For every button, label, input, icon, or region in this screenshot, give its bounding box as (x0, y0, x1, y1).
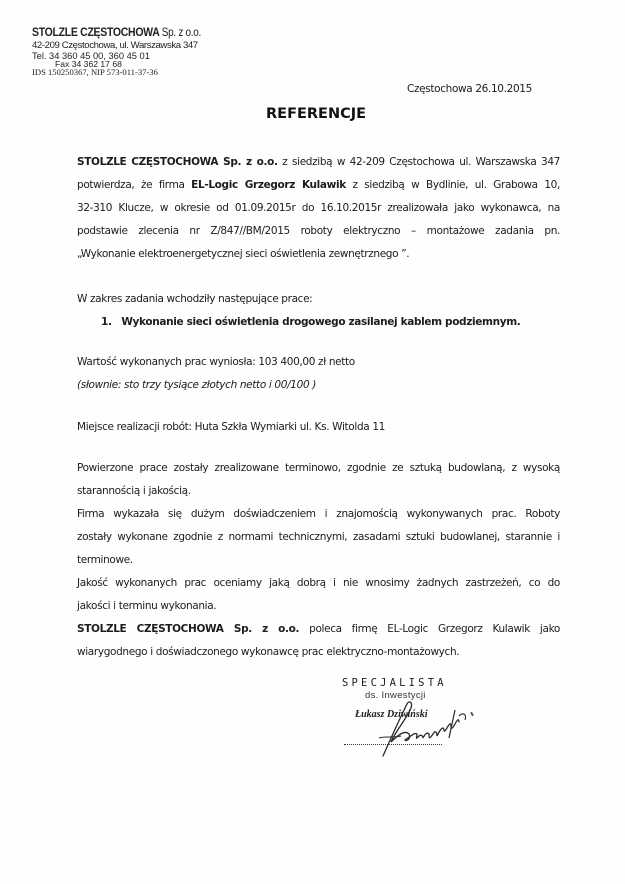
intro-line-1: STOLZLE CZĘSTOCHOWA Sp. z o.o. z siedzib… (77, 156, 560, 168)
intro-line-2: potwierdza, że firma EL-Logic Grzegorz K… (77, 179, 560, 191)
assessment-line-4: zostały wykonane zgodnie z normami techn… (77, 531, 560, 543)
contract-value: Wartość wykonanych prac wyniosła: 103 40… (77, 356, 560, 368)
company-letterhead-stamp: STOLZLE CZĘSTOCHOWA Sp. z o.o. 42-209 Cz… (32, 27, 182, 77)
handwritten-signature-icon (365, 698, 475, 763)
recommendation-text: poleca firmę EL-Logic Grzegorz Kulawik j… (299, 623, 560, 635)
list-item-number: 1. (101, 316, 118, 328)
recommending-company: STOLZLE CZĘSTOCHOWA Sp. z o.o. (77, 623, 299, 635)
letterhead-legal-form: Sp. z o.o. (162, 27, 201, 40)
letterhead-ids-nip: IDS 150250367, NIP 573-011-37-36 (32, 68, 182, 77)
letterhead-company-name: STOLZLE CZĘSTOCHOWA Sp. z o.o. (32, 27, 182, 40)
intro-line-1-text: z siedzibą w 42-209 Częstochowa ul. Wars… (278, 156, 560, 168)
assessment-line-2: starannością i jakością. (77, 485, 560, 497)
scope-heading: W zakres zadania wchodziły następujące p… (77, 293, 560, 305)
intro-line-2-post: z siedzibą w Bydlinie, ul. Grabowa 10, (346, 179, 560, 191)
document-page: STOLZLE CZĘSTOCHOWA Sp. z o.o. 42-209 Cz… (0, 0, 625, 884)
assessment-line-5: terminowe. (77, 554, 560, 566)
letterhead-company: STOLZLE CZĘSTOCHOWA (32, 26, 159, 40)
letterhead-address: 42-209 Częstochowa, ul. Warszawska 347 (32, 41, 182, 51)
scope-list-item: 1. Wykonanie sieci oświetlenia drogowego… (101, 316, 520, 328)
assessment-line-6: Jakość wykonanych prac oceniamy jaką dob… (77, 577, 560, 589)
contract-value-in-words: (słownie: sto trzy tysiące złotych netto… (77, 379, 560, 391)
work-location: Miejsce realizacji robót: Huta Szkła Wym… (77, 421, 560, 433)
intro-line-2-pre: potwierdza, że firma (77, 179, 191, 191)
document-title: REFERENCJE (266, 106, 366, 122)
signature-stamp: SPECJALISTA ds. Inwestycji Łukasz Dziwiń… (325, 672, 495, 762)
stamp-position-title: SPECJALISTA (342, 677, 447, 689)
assessment-line-1: Powierzone prace zostały zrealizowane te… (77, 462, 560, 474)
contractor-name: EL-Logic Grzegorz Kulawik (191, 179, 346, 191)
intro-line-3: 32-310 Klucze, w okresie od 01.09.2015r … (77, 202, 560, 214)
recommendation-line-2: wiarygodnego i doświadczonego wykonawcę … (77, 646, 560, 658)
intro-line-5: „Wykonanie elektroenergetycznej sieci oś… (77, 248, 560, 260)
intro-company-name: STOLZLE CZĘSTOCHOWA Sp. z o.o. (77, 156, 278, 168)
list-item-text: Wykonanie sieci oświetlenia drogowego za… (121, 316, 520, 328)
assessment-line-7: jakości i terminu wykonania. (77, 600, 560, 612)
intro-line-4: podstawie zlecenia nr Z/847//BM/2015 rob… (77, 225, 560, 237)
assessment-line-3: Firma wykazała się dużym doświadczeniem … (77, 508, 560, 520)
recommendation-line-1: STOLZLE CZĘSTOCHOWA Sp. z o.o. poleca fi… (77, 623, 560, 635)
place-and-date: Częstochowa 26.10.2015 (407, 83, 532, 95)
